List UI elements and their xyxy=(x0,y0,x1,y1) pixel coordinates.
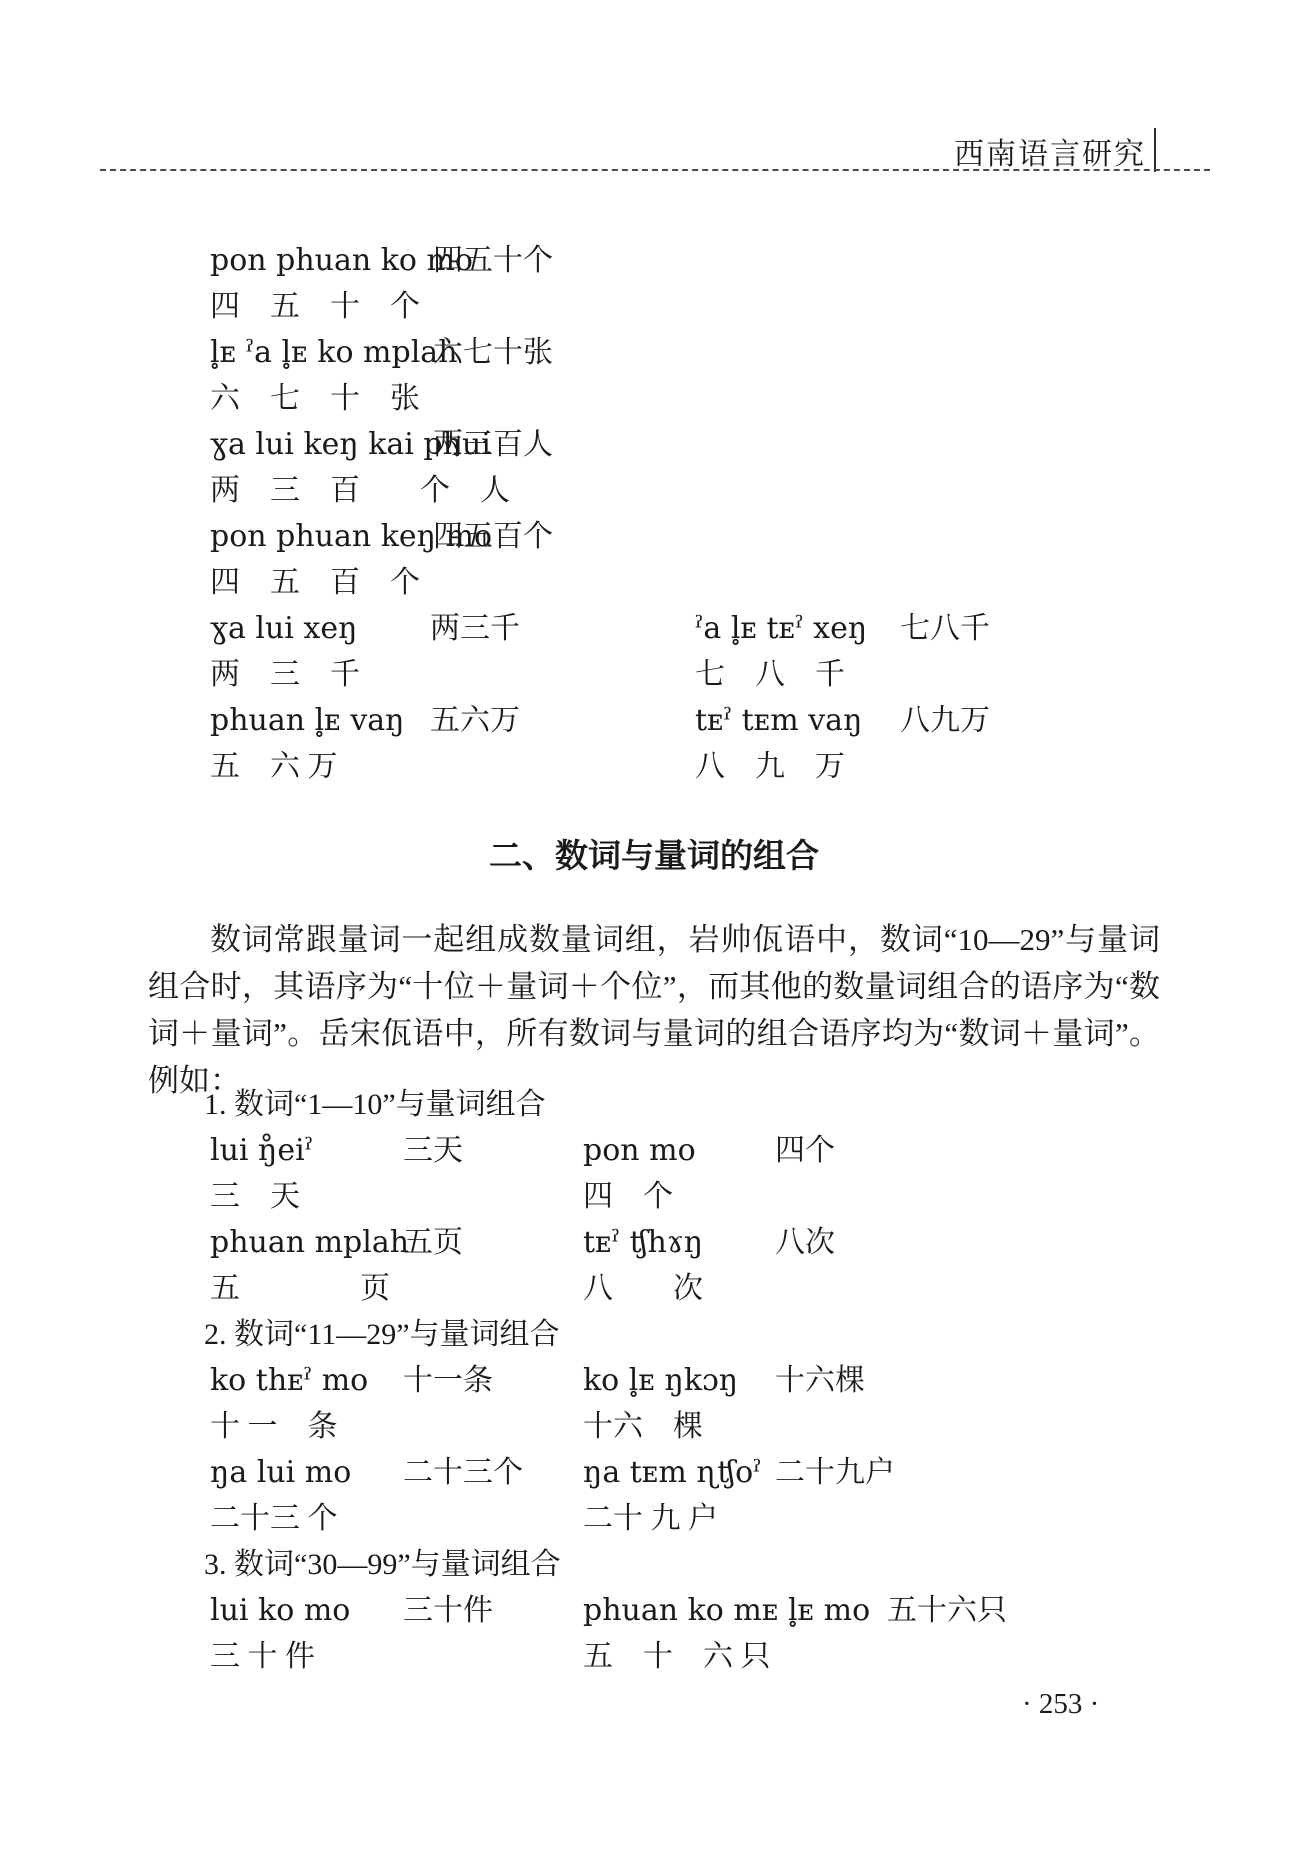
analysis-text: 四 个 xyxy=(583,1174,1210,1220)
gloss-text: 二十九户 xyxy=(775,1450,1210,1496)
analysis-text: 七 八 千 xyxy=(695,652,1210,698)
ipa-text: ko thᴇˀ mo xyxy=(210,1358,403,1404)
item-heading-1: 1. 数词“1—10”与量词组合 xyxy=(204,1082,1210,1128)
header-divider-bar xyxy=(1154,128,1156,172)
example-row: ɣa lui keŋ kai phui 两三百人 xyxy=(210,422,1210,468)
analysis-text: 四 五 百 个 xyxy=(210,560,1210,606)
ipa-text: ɣa lui keŋ kai phui xyxy=(210,422,433,468)
example-row: 四 五 百 个 xyxy=(210,560,1210,606)
ipa-text: lui ko mo xyxy=(210,1588,403,1634)
gloss-text: 四五百个 xyxy=(433,514,1210,560)
page-number: · 253 · xyxy=(1022,1688,1099,1720)
example-row: 十 一 条 十六 棵 xyxy=(210,1404,1210,1450)
numbered-examples: 1. 数词“1—10”与量词组合 lui ŋ̊eiˀ 三天 pon mo 四个 … xyxy=(210,1082,1210,1680)
ipa-text: ɣa lui xeŋ xyxy=(210,606,430,652)
gloss-text: 八九万 xyxy=(900,698,1210,744)
example-row: 三 十 件 五 十 六 只 xyxy=(210,1634,1210,1680)
gloss-text: 两三千 xyxy=(430,606,695,652)
ipa-text: tᴇˀ ʧhɤŋ xyxy=(583,1220,775,1266)
gloss-text: 五页 xyxy=(403,1220,583,1266)
example-row: pon phuan ko mo 四五十个 xyxy=(210,238,1210,284)
gloss-text: 三十件 xyxy=(403,1588,583,1634)
analysis-text: 六 七 十 张 xyxy=(210,376,1210,422)
example-row: phuan mplah 五页 tᴇˀ ʧhɤŋ 八次 xyxy=(210,1220,1210,1266)
example-row: 五 页 八 次 xyxy=(210,1266,1210,1312)
gloss-text: 六七十张 xyxy=(433,330,1210,376)
example-row: 五 六 万 八 九 万 xyxy=(210,744,1210,790)
ipa-text: ko l̥ᴇ ŋkɔŋ xyxy=(583,1358,775,1404)
example-row: phuan l̥ᴇ vaŋ 五六万 tᴇˀ tᴇm vaŋ 八九万 xyxy=(210,698,1210,744)
item-heading-2: 2. 数词“11—29”与量词组合 xyxy=(204,1312,1210,1358)
analysis-text: 十六 棵 xyxy=(583,1404,1210,1450)
ipa-text: phuan mplah xyxy=(210,1220,403,1266)
analysis-text: 三 天 xyxy=(210,1174,583,1220)
gloss-text: 五六万 xyxy=(430,698,695,744)
item-heading-3: 3. 数词“30—99”与量词组合 xyxy=(204,1542,1210,1588)
analysis-text: 三 十 件 xyxy=(210,1634,583,1680)
gloss-text: 四五十个 xyxy=(433,238,1210,284)
example-row: 两 三 千 七 八 千 xyxy=(210,652,1210,698)
ipa-text: ˀa l̥ᴇ tᴇˀ xeŋ xyxy=(695,606,900,652)
analysis-text: 五 十 六 只 xyxy=(583,1634,1210,1680)
analysis-text: 二十三 个 xyxy=(210,1496,583,1542)
example-row: l̥ᴇ ˀa l̥ᴇ ko mplah 六七十张 xyxy=(210,330,1210,376)
ipa-text: pon phuan ko mo xyxy=(210,238,433,284)
analysis-text: 八 次 xyxy=(583,1266,1210,1312)
analysis-text: 八 九 万 xyxy=(695,744,1210,790)
example-row: lui ko mo 三十件 phuan ko mᴇ l̥ᴇ mo 五十六只 xyxy=(210,1588,1210,1634)
analysis-text: 四 五 十 个 xyxy=(210,284,1210,330)
gloss-text: 十六棵 xyxy=(775,1358,1210,1404)
example-row: ɣa lui xeŋ 两三千 ˀa l̥ᴇ tᴇˀ xeŋ 七八千 xyxy=(210,606,1210,652)
ipa-text: pon phuan keŋ mo xyxy=(210,514,433,560)
ipa-text: phuan ko mᴇ l̥ᴇ mo xyxy=(583,1588,887,1634)
running-header-title: 西南语言研究 xyxy=(954,138,1146,172)
gloss-text: 七八千 xyxy=(900,606,1210,652)
gloss-text: 五十六只 xyxy=(887,1588,1210,1634)
gloss-text: 八次 xyxy=(775,1220,1210,1266)
example-row: 两 三 百 个 人 xyxy=(210,468,1210,514)
example-row: 六 七 十 张 xyxy=(210,376,1210,422)
gloss-text: 四个 xyxy=(775,1128,1210,1174)
example-row: ko thᴇˀ mo 十一条 ko l̥ᴇ ŋkɔŋ 十六棵 xyxy=(210,1358,1210,1404)
analysis-text: 两 三 千 xyxy=(210,652,695,698)
analysis-text: 两 三 百 个 人 xyxy=(210,468,1210,514)
gloss-text: 两三百人 xyxy=(433,422,1210,468)
examples-block-tens: pon phuan ko mo 四五十个 四 五 十 个 l̥ᴇ ˀa l̥ᴇ … xyxy=(210,238,1210,790)
analysis-text: 五 页 xyxy=(210,1266,583,1312)
ipa-text: lui ŋ̊eiˀ xyxy=(210,1128,403,1174)
example-row: 三 天 四 个 xyxy=(210,1174,1210,1220)
example-row: ŋa lui mo 二十三个 ŋa tᴇm ɳʧoˀ 二十九户 xyxy=(210,1450,1210,1496)
ipa-text: ŋa tᴇm ɳʧoˀ xyxy=(583,1450,775,1496)
ipa-text: pon mo xyxy=(583,1128,775,1174)
book-page: 西南语言研究 pon phuan ko mo 四五十个 四 五 十 个 l̥ᴇ … xyxy=(0,0,1307,1859)
example-row: 二十三 个 二十 九 户 xyxy=(210,1496,1210,1542)
ipa-text: l̥ᴇ ˀa l̥ᴇ ko mplah xyxy=(210,330,433,376)
ipa-text: tᴇˀ tᴇm vaŋ xyxy=(695,698,900,744)
analysis-text: 十 一 条 xyxy=(210,1404,583,1450)
running-header: 西南语言研究 xyxy=(954,128,1156,172)
section-title: 二、数词与量词的组合 xyxy=(148,836,1160,876)
example-row: 四 五 十 个 xyxy=(210,284,1210,330)
example-row: lui ŋ̊eiˀ 三天 pon mo 四个 xyxy=(210,1128,1210,1174)
analysis-text: 二十 九 户 xyxy=(583,1496,1210,1542)
analysis-text: 五 六 万 xyxy=(210,744,695,790)
example-row: pon phuan keŋ mo 四五百个 xyxy=(210,514,1210,560)
header-dashed-rule xyxy=(100,169,1210,171)
ipa-text: ŋa lui mo xyxy=(210,1450,403,1496)
gloss-text: 三天 xyxy=(403,1128,583,1174)
gloss-text: 十一条 xyxy=(403,1358,583,1404)
body-paragraph: 数词常跟量词一起组成数量词组，岩帅佤语中，数词“10—29”与量词组合时，其语序… xyxy=(148,916,1160,1104)
ipa-text: phuan l̥ᴇ vaŋ xyxy=(210,698,430,744)
gloss-text: 二十三个 xyxy=(403,1450,583,1496)
